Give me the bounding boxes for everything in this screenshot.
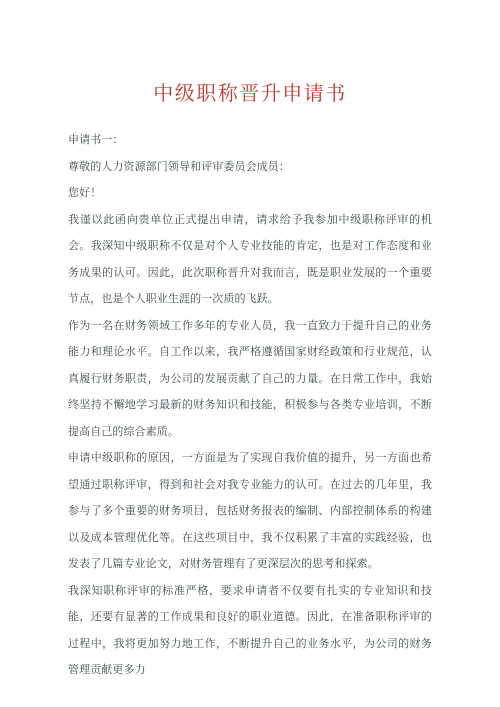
document-page: 中级职称晋升申请书 申请书一：尊敬的人力资源部门领导和评审委员会成员：您好！我谨… xyxy=(0,0,500,707)
paragraph: 作为一名在财务领域工作多年的专业人员，我一直致力于提升自己的业务能力和理论水平。… xyxy=(68,313,432,446)
paragraph: 申请书一： xyxy=(68,127,432,154)
paragraph: 我深知职称评审的标准严格，要求申请者不仅要有扎实的专业知识和技能，还要有显著的工… xyxy=(68,578,432,684)
paragraph: 申请中级职称的原因，一方面是为了实现自我价值的提升，另一方面也希望通过职称评审，… xyxy=(68,445,432,578)
document-body: 申请书一：尊敬的人力资源部门领导和评审委员会成员：您好！我谨以此函向贵单位正式提… xyxy=(68,127,432,684)
paragraph: 您好！ xyxy=(68,180,432,207)
document-title: 中级职称晋升申请书 xyxy=(68,81,432,107)
paragraph: 我谨以此函向贵单位正式提出申请，请求给予我参加中级职称评审的机会。我深知中级职称… xyxy=(68,207,432,313)
paragraph: 尊敬的人力资源部门领导和评审委员会成员： xyxy=(68,154,432,181)
